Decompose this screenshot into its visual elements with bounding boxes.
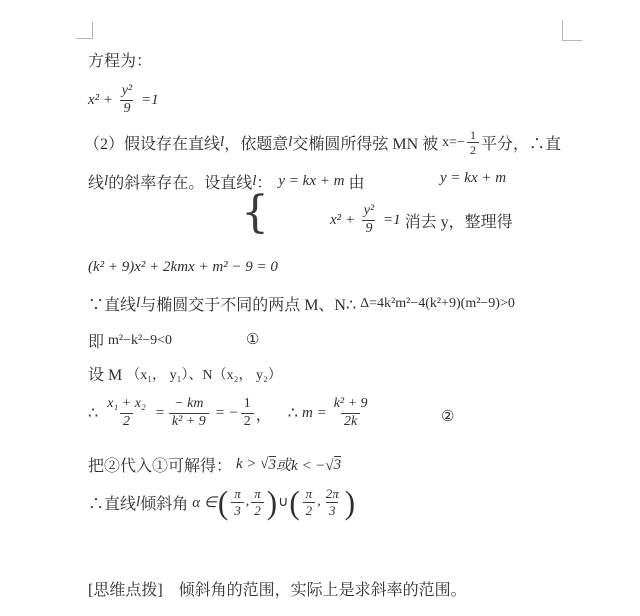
- fraction-denominator: 2: [303, 502, 316, 519]
- text-line-discriminant: ∵直线 l 与椭圆交于不同的两点 M、N∴ Δ=4k²m²−4(k²+9)(m²…: [88, 292, 515, 315]
- math-term: x² +: [330, 212, 359, 229]
- fraction: y² 9: [361, 203, 377, 238]
- equation-tag-1: ①: [246, 330, 259, 349]
- fraction: π 3: [231, 486, 244, 518]
- open-paren: (: [289, 486, 299, 519]
- fraction: 1 2: [241, 396, 254, 431]
- fraction: k² + 9 2k: [331, 396, 371, 431]
- text-segment: 由: [344, 170, 364, 193]
- math-points: （x₁， y₁）、N（x₂， y₂）: [126, 364, 282, 384]
- fraction-numerator: π: [251, 486, 264, 502]
- document-page: 方程为： x² + y² 9 =1 （2）假设存在直线 l ，依题意 l 交椭圆…: [0, 0, 640, 616]
- fraction-numerator: y²: [361, 203, 377, 220]
- close-paren: ): [267, 486, 277, 519]
- fraction-numerator: y²: [119, 83, 135, 100]
- fraction: − km k² + 9: [169, 396, 209, 431]
- math-term: 或k < −√: [276, 454, 334, 475]
- thinking-tip-text: [思维点拨] 倾斜角的范围，实际上是求斜率的范围。: [88, 577, 467, 600]
- text-segment: ∴: [88, 403, 102, 423]
- math-radicand: 3: [334, 456, 342, 474]
- fraction-numerator: 1: [241, 396, 254, 413]
- math-inequality: m²−k²−9<0: [108, 333, 172, 349]
- math-comma: ,: [246, 494, 250, 510]
- text-boundary-mark-top-right: [562, 20, 582, 41]
- text-segment: ，: [256, 402, 280, 425]
- fraction-numerator: 2π: [323, 486, 342, 502]
- text-segment: 消去 y，整理得: [405, 209, 513, 232]
- close-paren: ): [345, 486, 355, 519]
- math-term: α ∈: [192, 493, 217, 512]
- fraction-denominator: 2: [251, 502, 264, 519]
- system-equation-row2: x² + y² 9 =1 消去 y，整理得: [330, 203, 513, 238]
- text-segment: 与椭圆交于不同的两点 M、N∴: [140, 292, 360, 315]
- text-segment: ∴: [288, 403, 302, 423]
- fraction-denominator: 3: [231, 502, 244, 519]
- fraction-numerator: − km: [171, 396, 206, 413]
- text-line-points: 设 M （x₁， y₁）、N（x₂， y₂）: [88, 362, 282, 385]
- text-line-part2-start: （2）假设存在直线 l ，依题意 l 交椭圆所得弦 MN 被 x=− 1 2 平…: [84, 128, 561, 158]
- fraction-denominator: 3: [326, 502, 339, 519]
- fraction-numerator: π: [303, 486, 316, 502]
- math-term: = −: [215, 405, 239, 422]
- math-discriminant: Δ=4k²m²−4(k²+9)(m²−9)>0: [360, 296, 515, 312]
- fraction-numerator: 1: [467, 128, 479, 142]
- text-line-thinking-tip: [思维点拨] 倾斜角的范围，实际上是求斜率的范围。: [88, 577, 467, 600]
- fraction-denominator: 2: [467, 142, 479, 157]
- fraction: 1 2: [467, 128, 479, 158]
- text-segment: 的斜率存在。设直线: [108, 170, 252, 193]
- math-term: k > √: [236, 456, 269, 473]
- math-term: (k² + 9)x² + 2kmx + m² − 9 = 0: [88, 259, 278, 276]
- math-line-equation: y = kx + m: [440, 170, 506, 187]
- text-segment: ，依题意: [224, 131, 288, 154]
- fraction-denominator: 2: [241, 413, 254, 431]
- math-comma: ,: [317, 494, 321, 510]
- fraction: x₁ + x₂ 2: [104, 396, 149, 431]
- equation-quadratic: (k² + 9)x² + 2kmx + m² − 9 = 0: [88, 259, 278, 276]
- text-segment: 把②代入①可解得：: [88, 453, 232, 476]
- system-brace: {: [241, 187, 269, 239]
- fraction-denominator: 2k: [341, 413, 360, 431]
- text-segment: 倾斜角: [140, 491, 192, 514]
- intro-text: 方程为：: [88, 48, 152, 71]
- text-segment: 即: [88, 329, 108, 352]
- math-term: =1: [379, 212, 400, 229]
- text-line-intro: 方程为：: [88, 48, 152, 71]
- math-term: =: [155, 405, 165, 422]
- fraction: π 2: [303, 486, 316, 518]
- open-paren: (: [218, 486, 228, 519]
- math-term: x² +: [88, 92, 117, 109]
- text-segment: 设 M: [88, 362, 126, 385]
- text-segment: （2）假设存在直线: [84, 131, 220, 154]
- text-segment: 交椭圆所得弦 MN 被: [292, 131, 442, 154]
- fraction-denominator: 9: [120, 100, 133, 118]
- text-line-inequality: 即 m²−k²−9<0: [88, 329, 172, 352]
- math-term: =1: [137, 92, 158, 109]
- equation-ellipse: x² + y² 9 =1: [88, 83, 159, 118]
- fraction: y² 9: [119, 83, 135, 118]
- math-line-equation: y = kx + m: [278, 173, 344, 190]
- fraction-numerator: x₁ + x₂: [104, 396, 149, 413]
- equation-inclination-angle: ∴直线 l 倾斜角 α ∈ ( π 3 , π 2 ) ∪ ( π 2 , 2π…: [88, 486, 356, 518]
- math-term: m =: [302, 405, 327, 422]
- math-radicand: 3: [269, 456, 277, 474]
- equation-midpoint: ∴ x₁ + x₂ 2 = − km k² + 9 = − 1 2 ， ∴ m …: [88, 396, 373, 431]
- fraction-denominator: 2: [120, 413, 133, 431]
- fraction: 2π 3: [323, 486, 342, 518]
- fraction-numerator: π: [231, 486, 244, 502]
- fraction-numerator: k² + 9: [331, 396, 371, 413]
- text-line-solve-k: 把②代入①可解得： k > √ 3 或k < −√ 3: [88, 453, 341, 476]
- equation-tag-2: ②: [441, 407, 454, 426]
- text-segment: ∵直线: [88, 292, 136, 315]
- math-union-symbol: ∪: [278, 494, 288, 511]
- math-term: x=−: [442, 135, 465, 151]
- fraction: π 2: [251, 486, 264, 518]
- text-boundary-mark-top-left: [76, 22, 93, 39]
- text-segment: 线: [88, 170, 104, 193]
- fraction-denominator: k² + 9: [169, 413, 209, 431]
- fraction-denominator: 9: [362, 220, 375, 238]
- text-segment: 平分，∴直: [481, 131, 561, 154]
- text-segment: ∴直线: [88, 491, 136, 514]
- system-equation-row1: y = kx + m: [440, 170, 506, 187]
- text-line-slope-exists: 线 l 的斜率存在。设直线 l ： y = kx + m 由: [88, 170, 364, 193]
